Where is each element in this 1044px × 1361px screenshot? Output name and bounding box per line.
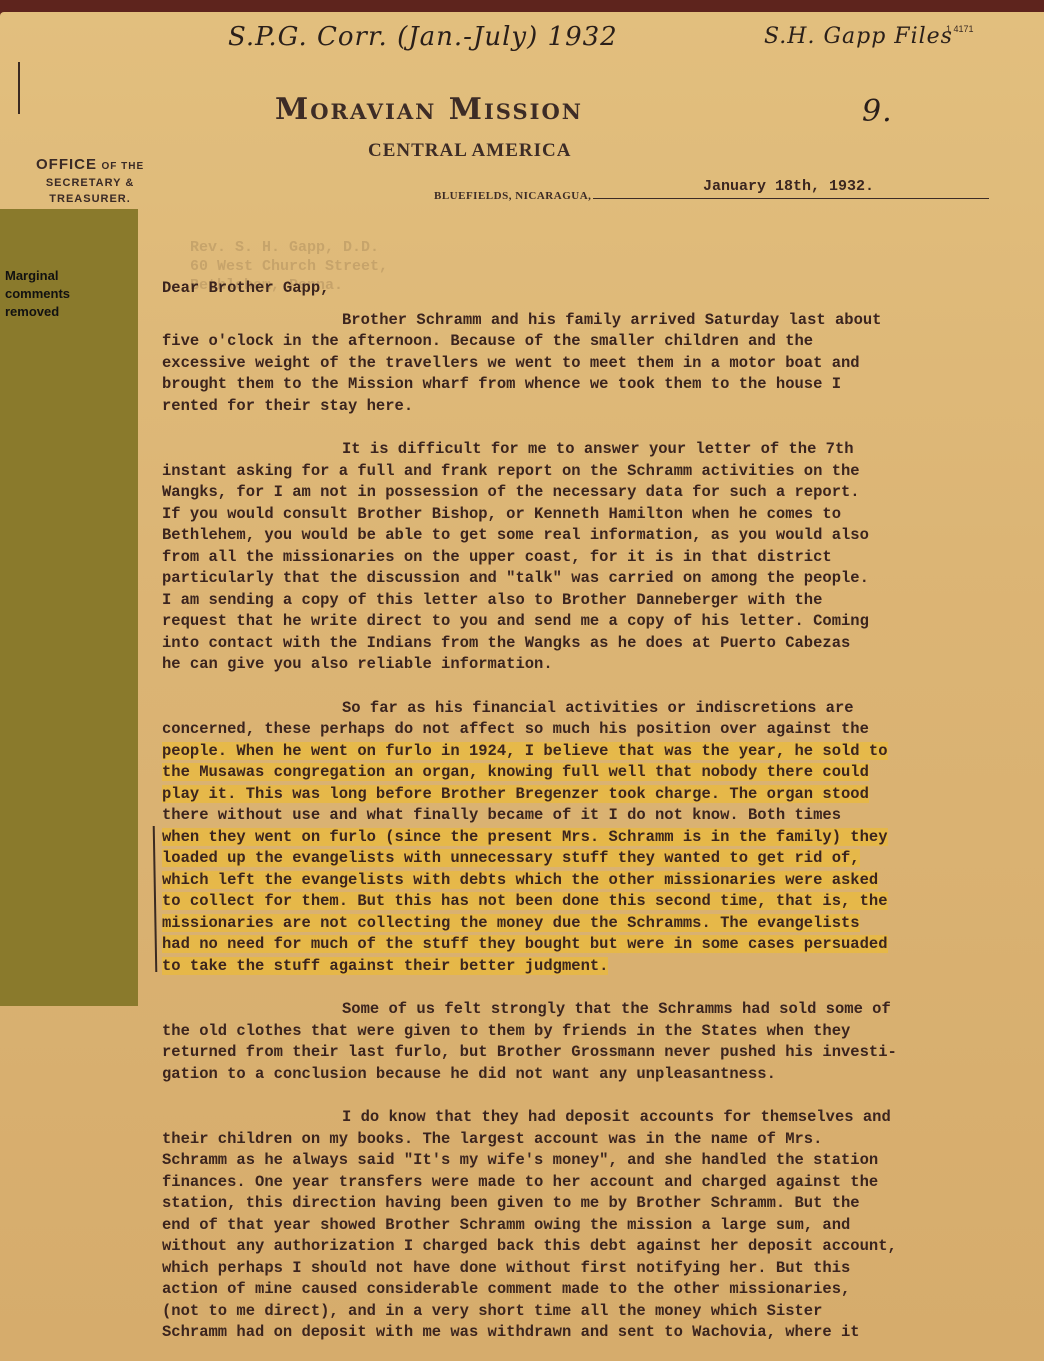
letter-line: loaded up the evangelists with unnecessa… (162, 848, 1022, 870)
letter-line: the old clothes that were given to them … (162, 1021, 1022, 1043)
letterhead-place: BLUEFIELDS, NICARAGUA, (434, 190, 591, 202)
letter-line: rented for their stay here. (162, 396, 1022, 418)
letter-line: Bethlehem, you would be able to get some… (162, 525, 1022, 547)
letter-line: request that he write direct to you and … (162, 611, 1022, 633)
letter-line: action of mine caused considerable comme… (162, 1279, 1022, 1301)
redaction-label-line: Marginal (5, 267, 70, 285)
letter-paragraphs: Brother Schramm and his family arrived S… (162, 310, 1022, 1344)
salutation: Dear Brother Gapp, (162, 278, 1022, 300)
letter-line: play it. This was long before Brother Br… (162, 784, 1022, 806)
letter-line: the Musawas congregation an organ, knowi… (162, 762, 1022, 784)
margin-tick-mark (18, 62, 20, 114)
letter-line: which perhaps I should not have done wit… (162, 1258, 1022, 1280)
office-treasurer: TREASURER. (36, 191, 144, 207)
letter-line: five o'clock in the afternoon. Because o… (162, 331, 1022, 353)
office-word: OFFICE (36, 156, 97, 173)
office-secretary: SECRETARY & (36, 175, 144, 191)
letter-line: So far as his financial activities or in… (162, 698, 1022, 720)
office-block: OFFICE OF THE SECRETARY & TREASURER. (36, 157, 144, 207)
letter-line: Wangks, for I am not in possession of th… (162, 482, 1022, 504)
office-of-the: OF THE (101, 161, 144, 172)
letter-line: brought them to the Mission wharf from w… (162, 374, 1022, 396)
redaction-label-line: removed (5, 303, 70, 321)
letter-date: January 18th, 1932. (593, 178, 989, 199)
letter-line: instant asking for a full and frank repo… (162, 461, 1022, 483)
letter-line: particularly that the discussion and "ta… (162, 568, 1022, 590)
letter-line: there without use and what finally becam… (162, 805, 1022, 827)
letter-line: which left the evangelists with debts wh… (162, 870, 1022, 892)
letter-line: missionaries are not collecting the mone… (162, 913, 1022, 935)
letterhead-title: Moravian Mission (275, 92, 583, 127)
letter-line: finances. One year transfers were made t… (162, 1172, 1022, 1194)
letter-line: I do know that they had deposit accounts… (162, 1107, 1022, 1129)
letter-paragraph: It is difficult for me to answer your le… (162, 439, 1022, 676)
letter-line: I am sending a copy of this letter also … (162, 590, 1022, 612)
letter-paragraph: I do know that they had deposit accounts… (162, 1107, 1022, 1344)
letter-line: Some of us felt strongly that the Schram… (162, 999, 1022, 1021)
redaction-panel: Marginal comments removed (0, 209, 138, 1006)
letter-line: returned from their last furlo, but Brot… (162, 1042, 1022, 1064)
letterhead-subtitle: CENTRAL AMERICA (368, 140, 571, 162)
letter-line: gation to a conclusion because he did no… (162, 1064, 1022, 1086)
letter-line: to collect for them. But this has not be… (162, 891, 1022, 913)
letter-line: their children on my books. The largest … (162, 1129, 1022, 1151)
letter-line: (not to me direct), and in a very short … (162, 1301, 1022, 1323)
letter-line: people. When he went on furlo in 1924, I… (162, 741, 1022, 763)
letter-line: from all the missionaries on the upper c… (162, 547, 1022, 569)
letter-line: into contact with the Indians from the W… (162, 633, 1022, 655)
letter-line: when they went on furlo (since the prese… (162, 827, 1022, 849)
letter-line: If you would consult Brother Bishop, or … (162, 504, 1022, 526)
letter-line: end of that year showed Brother Schramm … (162, 1215, 1022, 1237)
redaction-label-line: comments (5, 285, 70, 303)
handwritten-files-label: S.H. Gapp Files (764, 24, 953, 49)
letter-line: had no need for much of the stuff they b… (162, 934, 1022, 956)
letter-paragraph: Brother Schramm and his family arrived S… (162, 310, 1022, 418)
letter-paragraph: So far as his financial activities or in… (162, 698, 1022, 978)
redaction-label: Marginal comments removed (5, 267, 70, 321)
letter-paragraph: Some of us felt strongly that the Schram… (162, 999, 1022, 1085)
handwritten-page-number: 9. (862, 94, 893, 129)
corner-stamp: 1 4171 (946, 24, 974, 34)
letter-line: It is difficult for me to answer your le… (162, 439, 1022, 461)
letter-line: Brother Schramm and his family arrived S… (162, 310, 1022, 332)
handwritten-file-label: S.P.G. Corr. (Jan.-July) 1932 (228, 22, 618, 52)
letter-line: he can give you also reliable informatio… (162, 654, 1022, 676)
letter-line: excessive weight of the travellers we we… (162, 353, 1022, 375)
letter-line: to take the stuff against their better j… (162, 956, 1022, 978)
letter-body: Dear Brother Gapp, Brother Schramm and h… (162, 278, 1022, 1361)
letter-line: Schramm had on deposit with me was withd… (162, 1322, 1022, 1344)
letter-line: without any authorization I charged back… (162, 1236, 1022, 1258)
letter-line: station, this direction having been give… (162, 1193, 1022, 1215)
letter-line: Schramm as he always said "It's my wife'… (162, 1150, 1022, 1172)
letter-line: concerned, these perhaps do not affect s… (162, 719, 1022, 741)
